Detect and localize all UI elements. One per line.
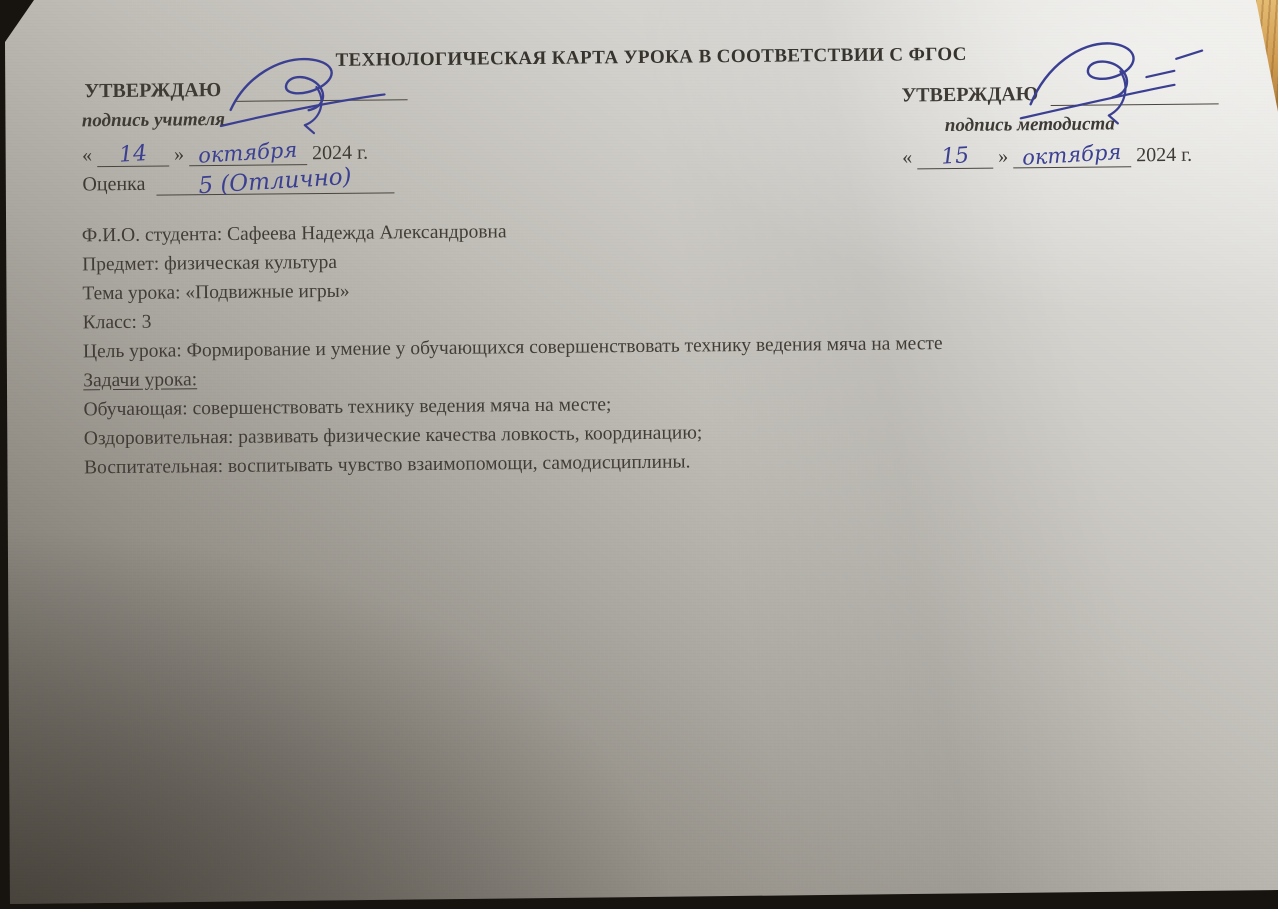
close-quote: »	[174, 143, 184, 165]
year-teacher: 2024 г.	[312, 142, 368, 165]
document-page: ТЕХНОЛОГИЧЕСКАЯ КАРТА УРОКА В СООТВЕТСТВ…	[0, 0, 1278, 909]
open-quote: «	[902, 146, 912, 168]
date-line-teacher: « 14 » октября 2024 г.	[82, 141, 368, 168]
handwritten-grade-value: 5 (Отлично)	[198, 165, 353, 199]
grade-blank: 5 (Отлично)	[156, 168, 394, 195]
grade-label: Оценка	[82, 173, 145, 196]
approve-label-teacher-text: УТВЕРЖДАЮ	[84, 79, 221, 102]
date-line-methodist: « 15 » октября 2024 г.	[902, 143, 1192, 170]
handwritten-month-methodist: октября	[1022, 141, 1122, 169]
year-methodist: 2024 г.	[1136, 144, 1192, 167]
month-blank-teacher: октября	[189, 141, 307, 166]
day-blank-methodist: 15	[917, 145, 993, 170]
handwritten-day-teacher: 14	[118, 142, 147, 167]
day-blank-teacher: 14	[97, 142, 169, 167]
close-quote: »	[998, 146, 1008, 168]
month-blank-methodist: октября	[1013, 143, 1131, 168]
document-title: ТЕХНОЛОГИЧЕСКАЯ КАРТА УРОКА В СООТВЕТСТВ…	[296, 43, 1006, 72]
grade-line: Оценка 5 (Отлично)	[82, 168, 394, 196]
handwritten-day-methodist: 15	[940, 144, 969, 169]
caption-teacher-signature: подпись учителя	[82, 109, 225, 132]
handwritten-month-teacher: октября	[198, 139, 298, 167]
teacher-signature-ink	[216, 48, 402, 142]
open-quote: «	[82, 144, 92, 166]
photographed-document: ТЕХНОЛОГИЧЕСКАЯ КАРТА УРОКА В СООТВЕТСТВ…	[0, 0, 1278, 909]
page-content: ТЕХНОЛОГИЧЕСКАЯ КАРТА УРОКА В СООТВЕТСТВ…	[0, 0, 1278, 909]
lesson-info-block: Ф.И.О. студента: Сафеева Надежда Алексан…	[82, 211, 1114, 482]
caption-methodist-signature: подпись методиста	[945, 113, 1115, 137]
